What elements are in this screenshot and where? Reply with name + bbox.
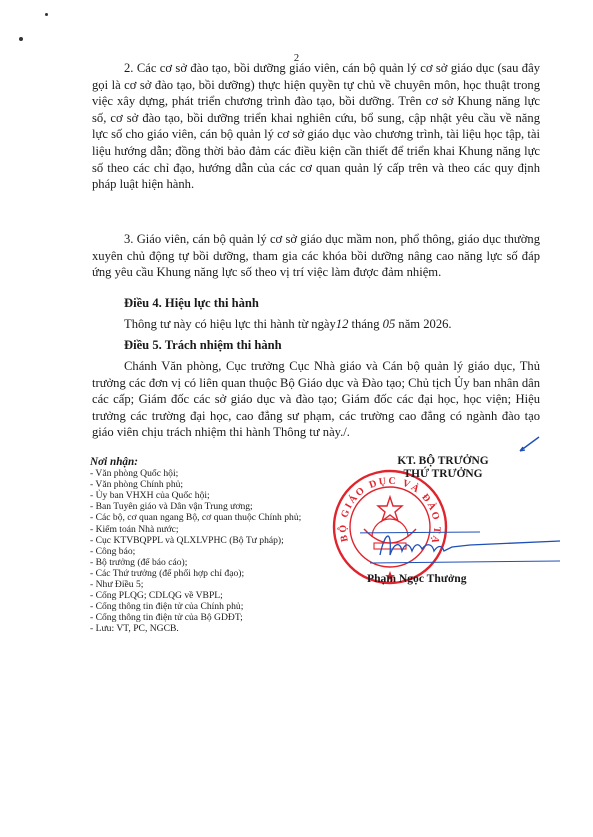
article-5-heading: Điều 5. Trách nhiệm thi hành xyxy=(124,338,282,353)
recipient-item: - Cổng thông tin điện tử của Chính phủ; xyxy=(90,601,301,612)
recipient-item: - Cổng thông tin điện tử của Bộ GDĐT; xyxy=(90,612,301,623)
recipient-item: - Lưu: VT, PC, NGCB. xyxy=(90,623,301,634)
article-4-text: Thông tư này có hiệu lực thi hành từ ngà… xyxy=(124,317,452,332)
recipient-item: - Như Điều 5; xyxy=(90,579,301,590)
recipient-item: - Bộ trưởng (để báo cáo); xyxy=(90,557,301,568)
recipient-item: - Cổng PLQG; CDLQG về VBPL; xyxy=(90,590,301,601)
effective-month: 05 xyxy=(383,317,396,331)
checkmark-icon xyxy=(517,435,541,453)
recipient-item: - Văn phòng Chính phủ; xyxy=(90,479,301,490)
article-5-text: Chánh Văn phòng, Cục trưởng Cục Nhà giáo… xyxy=(92,358,540,441)
effective-day: 12 xyxy=(336,317,349,331)
recipient-item: - Văn phòng Quốc hội; xyxy=(90,468,301,479)
signer-position-2: THỨ TRƯỞNG xyxy=(358,468,528,481)
scan-speck xyxy=(45,13,48,16)
recipient-item: - Công báo; xyxy=(90,546,301,557)
article-4-heading: Điều 4. Hiệu lực thi hành xyxy=(124,296,259,311)
signer-position-1: KT. BỘ TRƯỞNG xyxy=(358,455,528,468)
recipient-item: - Ban Tuyên giáo và Dân vận Trung ương; xyxy=(90,501,301,512)
scan-speck xyxy=(19,37,23,41)
recipient-item: - Kiểm toán Nhà nước; xyxy=(90,524,301,535)
recipient-item: - Các bộ, cơ quan ngang Bộ, cơ quan thuộ… xyxy=(90,512,301,523)
handwritten-signature xyxy=(360,515,560,575)
recipient-item: - Ủy ban VHXH của Quốc hội; xyxy=(90,490,301,501)
recipients-list: Nơi nhận: - Văn phòng Quốc hội;- Văn phò… xyxy=(90,457,301,635)
recipient-item: - Cục KTVBQPPL và QLXLVPHC (Bộ Tư pháp); xyxy=(90,535,301,546)
recipient-item: - Các Thứ trưởng (để phối hợp chỉ đạo); xyxy=(90,568,301,579)
clause-2: 2. Các cơ sở đào tạo, bồi dưỡng giáo viê… xyxy=(92,60,540,193)
clause-3: 3. Giáo viên, cán bộ quản lý cơ sở giáo … xyxy=(92,231,540,281)
signature-block: KT. BỘ TRƯỞNG THỨ TRƯỞNG xyxy=(358,455,528,481)
signer-name: Phạm Ngọc Thưởng xyxy=(367,572,467,585)
recipients-title: Nơi nhận: xyxy=(90,457,301,468)
